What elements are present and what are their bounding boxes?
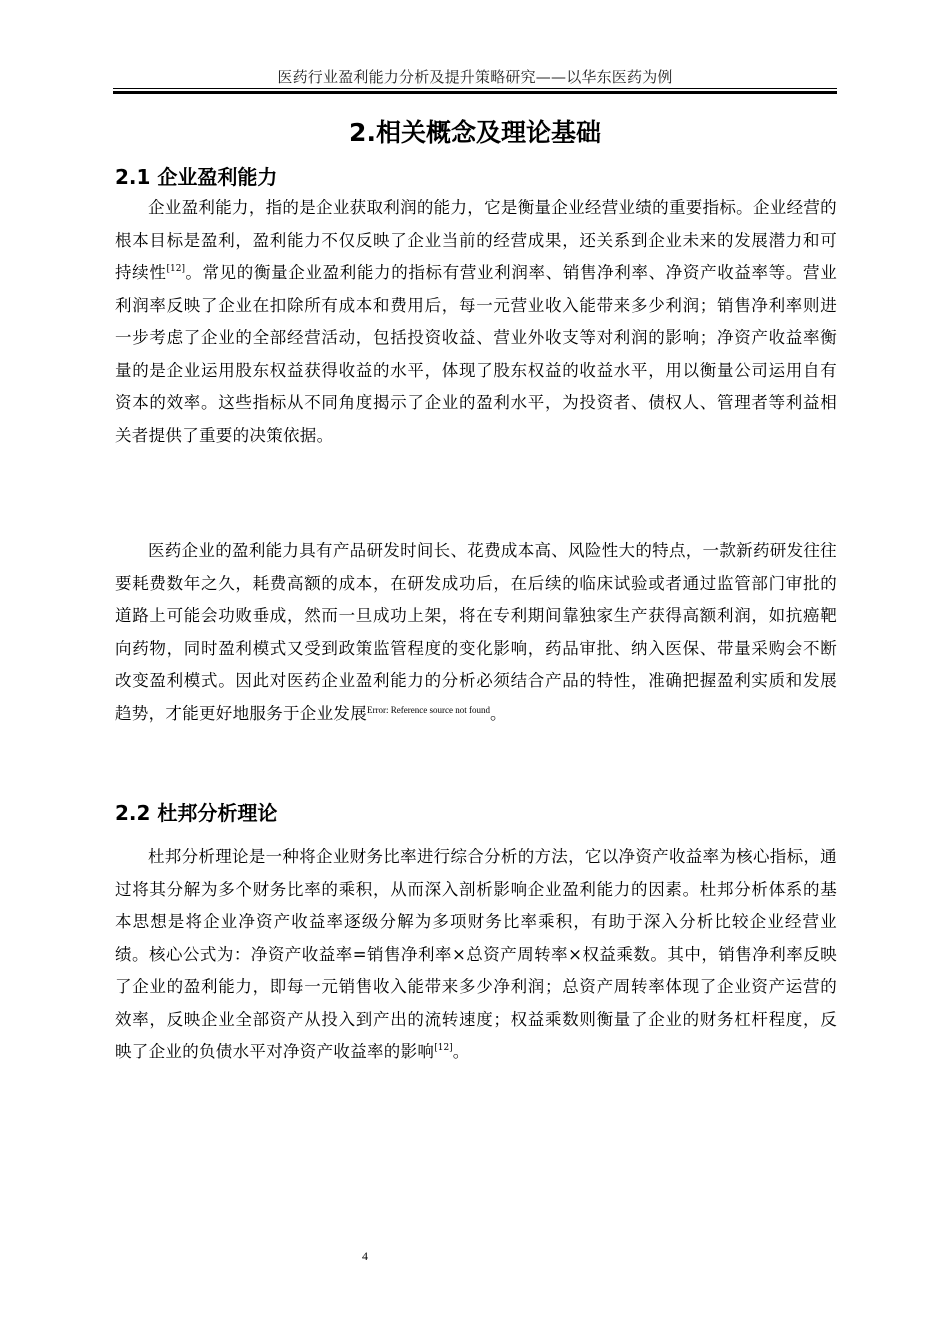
paragraph-text: 。 — [453, 1042, 470, 1061]
paragraph-text: 医药企业的盈利能力具有产品研发时间长、花费成本高、风险性大的特点，一款新药研发往… — [115, 541, 837, 723]
citation-error-ref: Error: Reference source not found — [367, 705, 490, 715]
citation-ref: [12] — [166, 264, 184, 274]
running-header: 医药行业盈利能力分析及提升策略研究——以华东医药为例 — [113, 66, 837, 87]
header-rule-thick — [113, 91, 837, 94]
header-rule-thin — [113, 88, 837, 89]
paragraph-dupont-theory: 杜邦分析理论是一种将企业财务比率进行综合分析的方法，它以净资产收益率为核心指标，… — [115, 841, 837, 1069]
citation-ref: [12] — [434, 1043, 452, 1053]
paragraph-text: 。常见的衡量企业盈利能力的指标有营业利润率、销售净利率、净资产收益率等。营业利润… — [115, 263, 837, 445]
page-number: 4 — [0, 1249, 730, 1264]
paragraph-profitability-definition: 企业盈利能力，指的是企业获取利润的能力，它是衡量企业经营业绩的重要指标。企业经营… — [115, 192, 837, 452]
paragraph-text: 杜邦分析理论是一种将企业财务比率进行综合分析的方法，它以净资产收益率为核心指标，… — [115, 847, 837, 1061]
section-title-2-2: 2.2 杜邦分析理论 — [115, 797, 277, 826]
section-title-2-1: 2.1 企业盈利能力 — [115, 161, 277, 190]
chapter-title: 2.相关概念及理论基础 — [113, 113, 837, 149]
paragraph-text: 。 — [490, 704, 507, 723]
paragraph-pharma-profitability: 医药企业的盈利能力具有产品研发时间长、花费成本高、风险性大的特点，一款新药研发往… — [115, 535, 837, 730]
